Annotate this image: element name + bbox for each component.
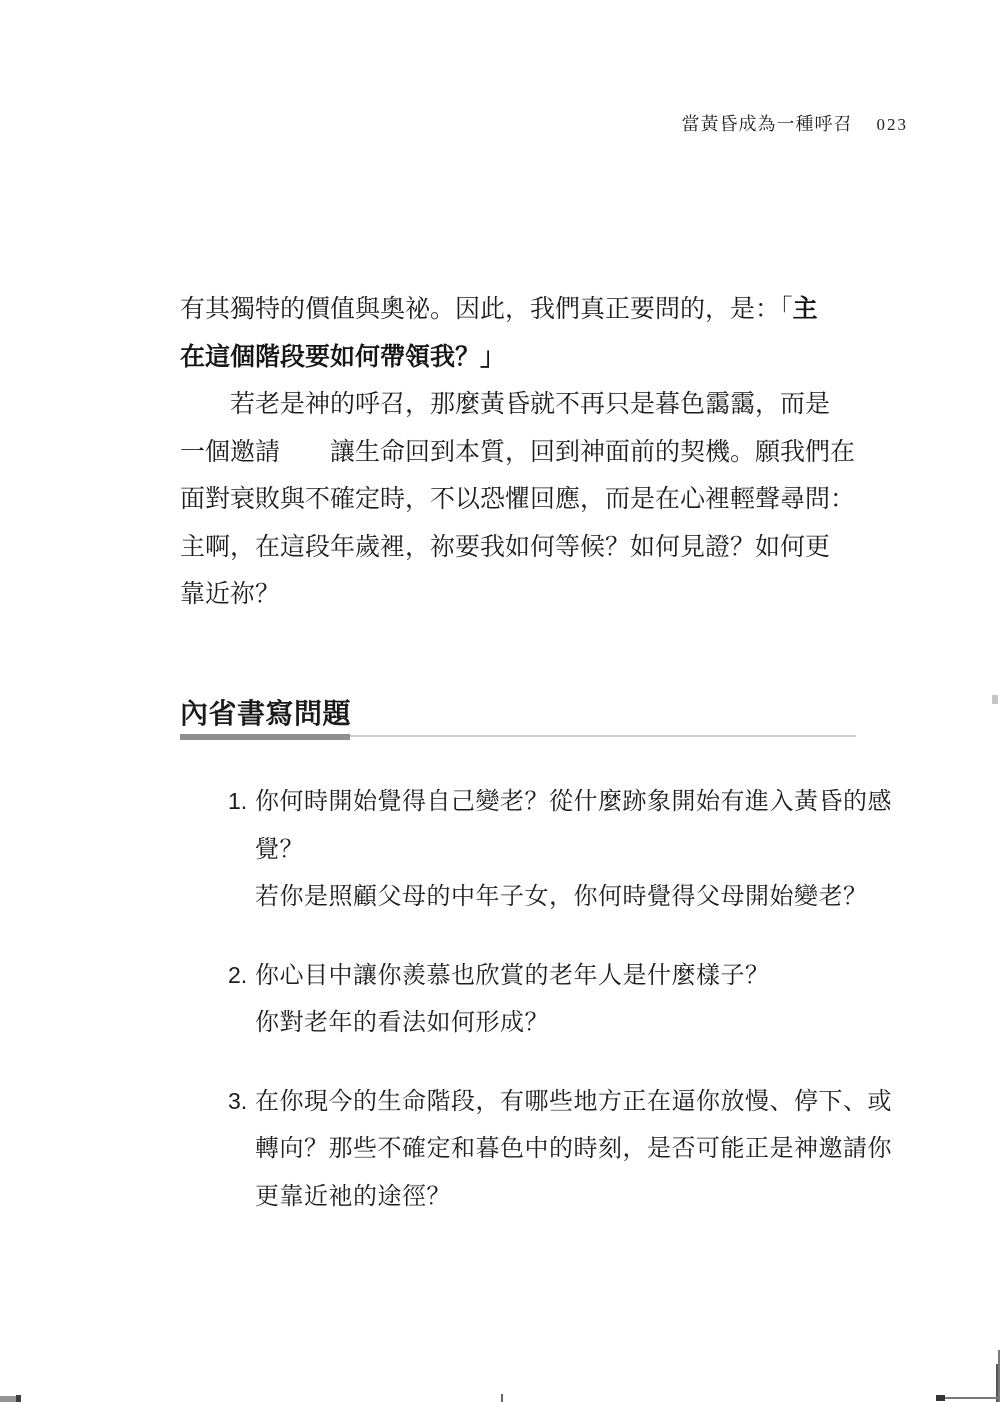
question-line: 若你是照顧父母的中年子女，你何時覺得父母開始變老？ [228,873,888,921]
question-item-3: 3. 在你現今的生命階段，有哪些地方正在逼你放慢、停下、或 轉向？那些不確定和暮… [228,1078,888,1221]
bold-quote-run: 在這個階段要如何帶領我？」 [180,343,505,371]
question-line: 你對老年的看法如何形成？ [228,999,888,1047]
text-line: 一個邀請 讓生命回到本質，回到神面前的契機。願我們在 [180,429,870,477]
text-run: 有其獨特的價值與奧祕。因此，我們真正要問的，是：「 [180,296,793,323]
question-number: 3. [228,1078,247,1126]
question-item-1: 1. 你何時開始覺得自己變老？從什麼跡象開始有進入黃昏的感 覺？ 若你是照顧父母… [228,778,888,921]
text-line: 面對衰敗與不確定時，不以恐懼回應，而是在心裡輕聲尋問： [180,476,870,524]
question-number: 1. [228,778,247,826]
crop-mark-bottom-right-nub [936,1395,945,1401]
question-line: 你何時開始覺得自己變老？從什麼跡象開始有進入黃昏的感 [228,778,888,826]
crop-mark-bottom-right-horizontal [940,1397,998,1399]
section-rule-dark-segment [180,734,350,740]
question-line: 更靠近祂的途徑？ [228,1173,888,1221]
text-line: 在這個階段要如何帶領我？」 [180,334,870,382]
page-number: 023 [877,115,909,135]
section-rule [180,734,856,741]
bold-quote-run: 主 [793,295,818,323]
text-line: 若老是神的呼召，那麼黃昏就不再只是暮色靄靄，而是 [180,381,870,429]
question-item-2: 2. 你心目中讓你羨慕也欣賞的老年人是什麼樣子？ 你對老年的看法如何形成？ [228,952,888,1047]
scan-speck-right-edge [992,695,998,704]
text-line: 靠近祢？ [180,571,870,619]
crop-mark-bottom-center [501,1394,503,1402]
body-paragraphs: 有其獨特的價值與奧祕。因此，我們真正要問的，是：「主 在這個階段要如何帶領我？」… [180,286,870,619]
text-line: 有其獨特的價值與奧祕。因此，我們真正要問的，是：「主 [180,286,870,334]
question-line: 覺？ [228,826,888,874]
section-heading: 內省書寫問題 [180,692,351,732]
question-number: 2. [228,952,247,1000]
section-rule-light-segment [350,735,856,737]
running-header: 當黃昏成為一種呼召 023 [682,110,909,136]
chapter-title: 當黃昏成為一種呼召 [682,110,853,136]
book-page: 當黃昏成為一種呼召 023 有其獨特的價值與奧祕。因此，我們真正要問的，是：「主… [0,0,1000,1402]
question-line: 在你現今的生命階段，有哪些地方正在逼你放慢、停下、或 [228,1078,888,1126]
question-list: 1. 你何時開始覺得自己變老？從什麼跡象開始有進入黃昏的感 覺？ 若你是照顧父母… [228,778,888,1251]
crop-mark-bottom-left-cap [16,1395,21,1402]
question-line: 你心目中讓你羨慕也欣賞的老年人是什麼樣子？ [228,952,888,1000]
question-line: 轉向？那些不確定和暮色中的時刻，是否可能正是神邀請你 [228,1125,888,1173]
text-line: 主啊，在這段年歲裡，祢要我如何等候？如何見證？如何更 [180,524,870,572]
